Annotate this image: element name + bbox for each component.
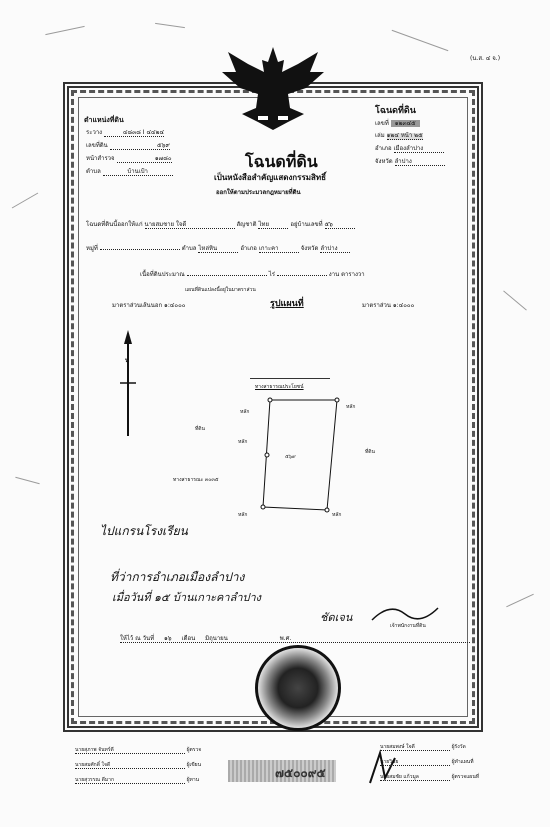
issued-year-label: พ.ศ. [280,635,292,642]
corner-label: หลัก [238,440,247,445]
issued-day: ๑๖ [164,635,172,642]
left-signers: นายสุภาพ จันทร์ดี ผู้ตรวจ นายสมศักดิ์ ใจ… [75,748,201,784]
book-value: ๑๒๔ หน้า ๒๕ [387,133,423,140]
subdistrict-value: ไหล่หิน [198,246,238,253]
field-label: ระวาง [86,129,102,136]
north-arrow-icon [118,330,138,440]
owner-label: โฉนดที่ดินนี้ออกให้แก่ [86,221,143,228]
field-label: อำเภอ [375,145,392,152]
official-seal [255,645,341,731]
scale-note: แผนที่ดินแปลงนี้อยู่ในมาตราส่วน [185,288,256,293]
area-line: เนื้อที่ดินประมาณ ไร่ งาน ตารางวา [140,272,365,278]
scale-right-value: ๑:๔๐๐๐ [393,302,414,309]
document-subtitle-2: ออกให้ตามประมวลกฎหมายที่ดิน [216,190,301,196]
issued-month-label: เดือน [182,635,196,642]
handwritten-line-1: ไปแกรนโรงเรียน [100,522,188,541]
owner-line: โฉนดที่ดินนี้ออกให้แก่ นายสมชาย ใจดี สัญ… [86,222,476,229]
right-signers: นายสมพงษ์ ใจดี ผู้รังวัด นายวิชัย ผู้ทำแ… [380,745,479,781]
form-code: (น.ส. ๔ จ.) [470,56,500,62]
left-fields: ระวาง ๔๘๓๘ I ๔๔๒๔ เลขที่ดิน ๕๖๙ หน้าสำรว… [86,130,173,176]
right-fields: เลขที่ ๑๒๓๔๕ เล่ม ๑๒๔ หน้า ๒๕ อำเภอ เมือ… [375,121,445,166]
field-label: หน้าสำรวจ [86,155,115,162]
signer-role: ผู้ตรวจแผนที่ [452,774,479,780]
signer-name: นายสุวรรณ ดีมาก [75,778,185,784]
field-label: เลขที่ [375,120,389,127]
corner-label: หลัก [240,410,249,415]
owner-name: นายสมชาย ใจดี [145,222,235,229]
scale-left: มาตราส่วนเส้นนอก ๑:๔๐๐๐ [112,303,185,309]
field-label: จังหวัด [375,158,393,165]
north-label: น [125,358,129,364]
land-position-heading: ตำแหน่งที่ดิน [84,117,124,124]
handwritten-line-4: ชัดเจน [320,608,352,626]
parcel-number-value: ๕๖๙ [110,143,170,150]
map-heading: รูปแผนที่ [270,300,304,309]
signer-name: นายสุภาพ จันทร์ดี [75,748,185,754]
survey-page-value: ๑๗๘๐ [117,156,172,163]
signer-name: นายวิชัย [380,760,450,766]
document-subtitle: เป็นหนังสือสำคัญแสดงกรรมสิทธิ์ [214,174,326,182]
province-value: ลำปาง [395,159,445,166]
corner-label: หลัก [346,405,355,410]
signer-role: ผู้เขียน [187,762,201,768]
handwritten-line-3: เมื่อวันที่ ๑๕ บ้านเกาะคาลำปาง [112,588,261,606]
province-value: ลำปาง [320,246,350,253]
field-label: เล่ม [375,132,385,139]
scale-right: มาตราส่วน ๑:๔๐๐๐ [362,303,414,309]
province-label: จังหวัด [301,245,319,252]
area-label: เนื้อที่ดินประมาณ [140,271,185,278]
issued-line: ให้ไว้ ณ วันที่ ๑๖ เดือน มิถุนายน พ.ศ. [120,636,470,643]
scale-right-label: มาตราส่วน [362,302,391,309]
location-line: หมู่ที่ ตำบล ไหล่หิน อำเภอ เกาะคา จังหวั… [86,246,476,253]
subdistrict-label: ตำบล [182,245,197,252]
deed-number-value: ๑๒๓๔๕ [391,120,420,127]
signer-name: นายสมศักดิ์ ใจดี [75,763,185,769]
district-value: เมืองลำปาง [394,146,444,153]
subdistrict-value: บ้านเป้า [103,169,173,176]
garuda-emblem-icon [218,42,328,132]
neighbor-left-label: ที่ดิน [195,427,205,432]
document-title: โฉนดที่ดิน [245,150,318,175]
address-label: อยู่บ้านเลขที่ [290,221,322,228]
neighbor-right-label: ที่ดิน [365,450,375,455]
field-label: ตำบล [86,168,101,175]
rai-label: ไร่ [269,271,275,278]
district-value: เกาะคา [259,246,299,253]
official-signature [370,600,440,626]
signer-name: นายสมชัย แก้วมูล [380,775,450,781]
map-sheet-value: ๔๘๓๘ I ๔๔๒๔ [104,130,164,137]
corner-label: หลัก [238,513,247,518]
parcel-number-label: ๕๖๙ [285,455,296,460]
nationality-label: สัญชาติ [236,221,256,228]
nationality-value: ไทย [258,222,288,229]
handwritten-line-2: ที่ว่าการอำเภอเมืองลำปาง [110,568,244,587]
district-label: อำเภอ [240,245,257,252]
wa-label: ตารางวา [341,271,365,278]
scale-left-label: มาตราส่วนเส้นนอก [112,302,162,309]
signer-name: นายสมพงษ์ ใจดี [380,745,450,751]
right-heading: โฉนดที่ดิน [375,107,416,116]
scale-left-value: ๑:๔๐๐๐ [164,302,185,309]
issued-month: มิถุนายน [205,635,228,642]
signer-role: ผู้รังวัด [452,744,466,750]
issued-label: ให้ไว้ ณ วันที่ [120,635,154,642]
neighbor-bottom-label: ทางสาธารณะ ๓๐๓๕ [173,478,219,483]
address-value: ๕๖ [325,222,355,229]
serial-number: ๗๕๐๐๙๕ [275,764,326,783]
signer-role: ผู้ตรวจ [187,747,202,753]
signer-role: ผู้ทาน [187,777,199,783]
signer-role: ผู้ทำแผนที่ [452,759,474,765]
corner-label: หลัก [332,513,341,518]
moo-label: หมู่ที่ [86,245,98,252]
field-label: เลขที่ดิน [86,142,108,149]
ngan-label: งาน [329,271,339,278]
road-label: ทางสาธารณประโยชน์ [255,385,304,390]
